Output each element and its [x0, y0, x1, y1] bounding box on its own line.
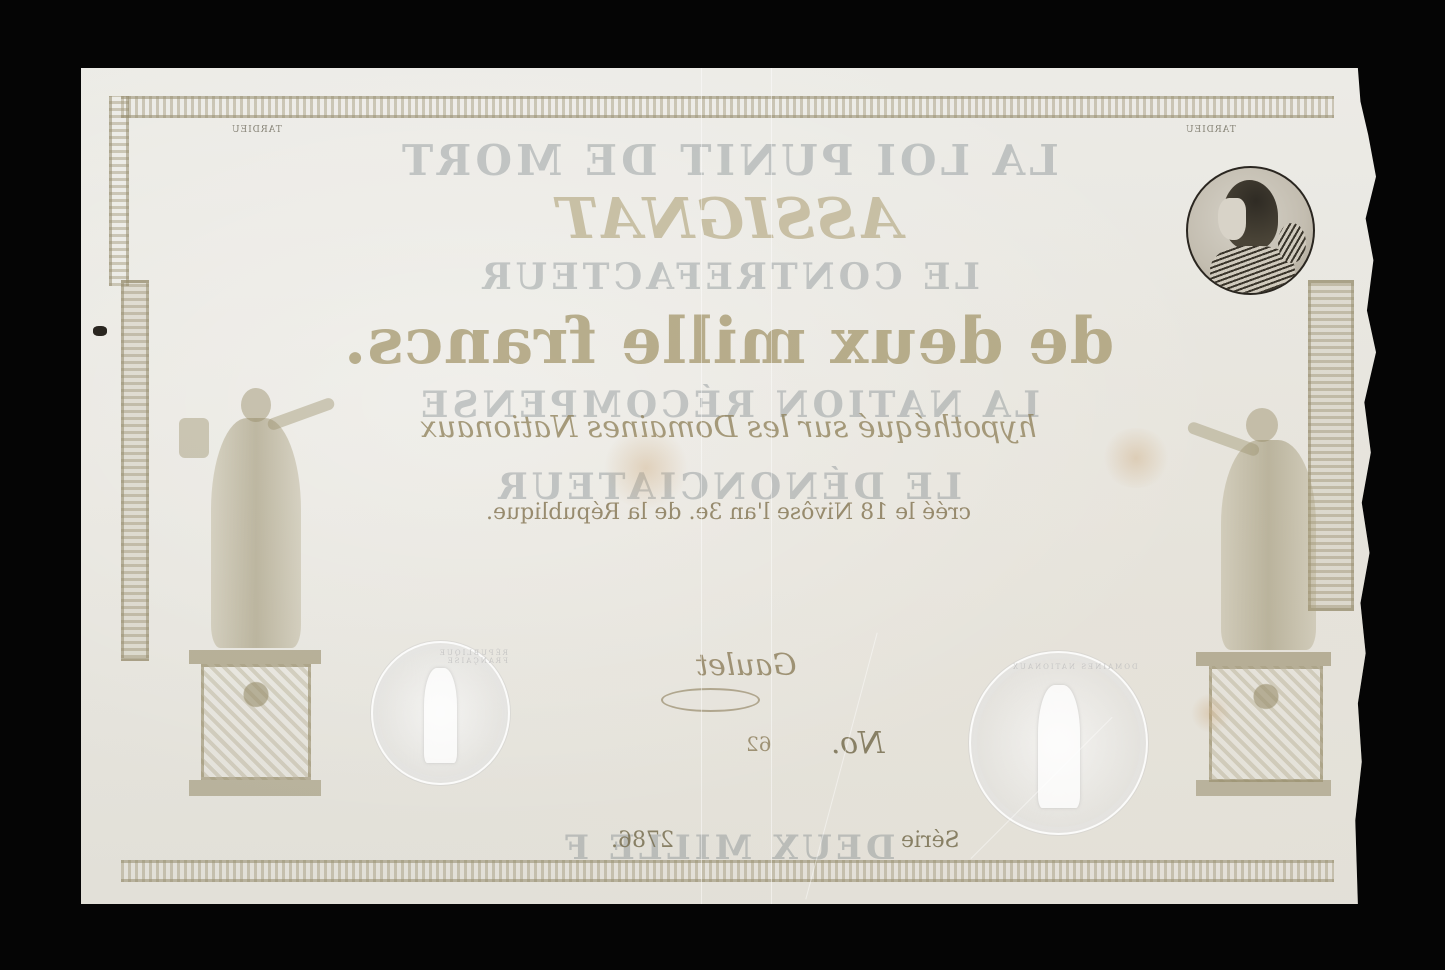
number-value: 62	[746, 732, 771, 756]
stain	[1191, 693, 1231, 733]
embossed-seal-left-icon: RÉPUBLIQUE FRANÇAISE	[371, 641, 510, 785]
embossed-seal-right-icon: DOMAINES NATIONAUX	[969, 651, 1148, 835]
number-label: No.	[831, 726, 884, 761]
stain	[601, 428, 691, 508]
engraver-signature-right: TARDIEU	[1185, 125, 1236, 135]
banknote: TARDIEU TARDIEU LA LOI PUNIT DE MORT ASS…	[81, 68, 1376, 904]
ghost-counterfeit-line: LE CONTREFACTEUR	[81, 256, 1376, 298]
series-label: Série	[901, 828, 960, 853]
portrait-medallion-icon	[1186, 166, 1315, 295]
ink-spot	[93, 326, 107, 336]
fold-line	[771, 68, 772, 904]
statue-left-icon	[171, 388, 351, 908]
denomination: de deux mille francs.	[81, 304, 1376, 379]
ghost-warning-line: LA LOI PUNIT DE MORT	[81, 136, 1376, 185]
statue-right-icon	[1181, 408, 1361, 908]
title-assignat: ASSIGNAT	[81, 186, 1376, 252]
stain	[1101, 428, 1171, 488]
series-value: 2786.	[611, 828, 674, 853]
signature-flourish	[661, 688, 760, 712]
border-top	[121, 96, 1334, 118]
signature: Gaulet	[696, 648, 797, 683]
fold-line	[701, 68, 702, 904]
engraver-signature-left: TARDIEU	[231, 125, 282, 135]
